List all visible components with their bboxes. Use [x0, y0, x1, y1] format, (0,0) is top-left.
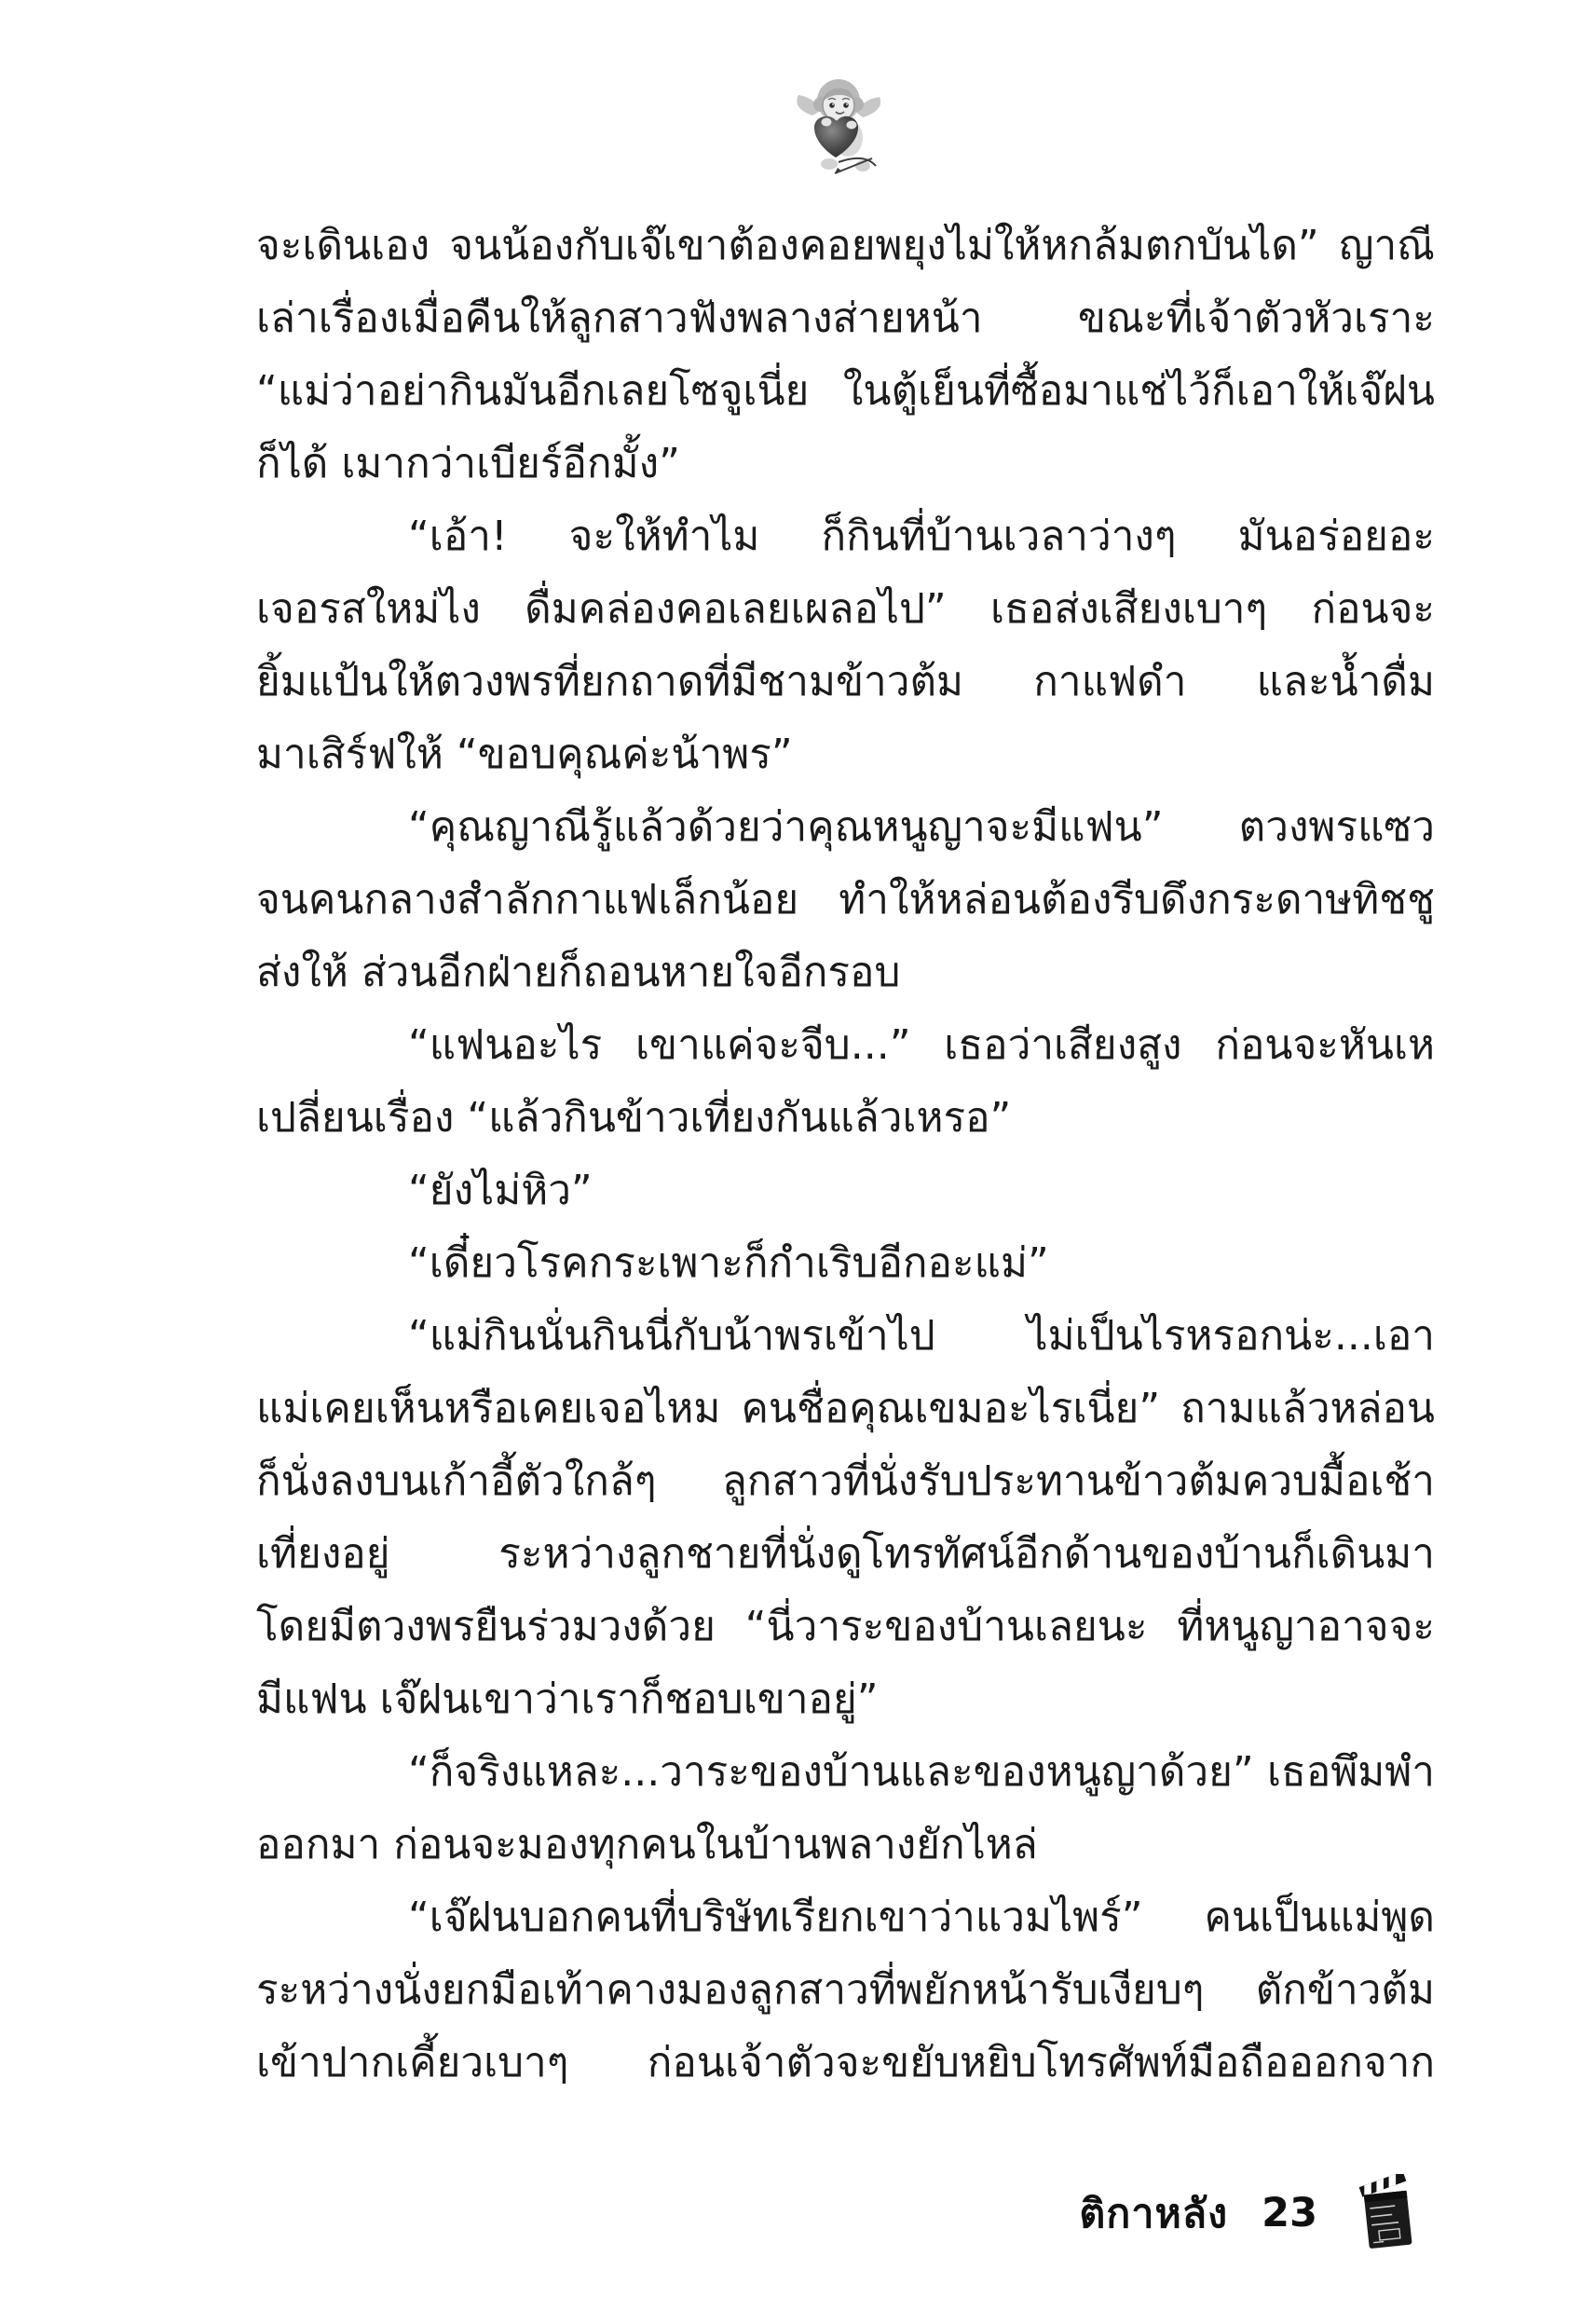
- text-line: ก็นั่งลงบนเก้าอี้ตัวใกล้ๆ ลูกสาวที่นั่งร…: [256, 1445, 1435, 1518]
- text-line: เที่ยงอยู่ ระหว่างลูกชายที่นั่งดูโทรทัศน…: [256, 1518, 1435, 1591]
- text-line: “ก็จริงแหละ...วาระของบ้านและของหนูญาด้วย…: [256, 1736, 1435, 1809]
- book-title: ติกาหลัง: [1079, 2181, 1228, 2245]
- text-column: จะเดินเอง จนน้องกับเจ๊เขาต้องคอยพยุงไม่ใ…: [256, 210, 1435, 2099]
- text-line: “คุณญาณีรู้แล้วด้วยว่าคุณหนูญาจะมีแฟน” ต…: [256, 791, 1435, 864]
- text-line: โดยมีตวงพรยืนร่วมวงด้วย “นี่วาระของบ้านเ…: [256, 1591, 1435, 1663]
- book-page: { "page": { "colors": { "background": "#…: [0, 0, 1596, 2311]
- text-line: “ยังไม่หิว”: [256, 1155, 1435, 1227]
- text-line: เจอรสใหม่ไง ดื่มคล่องคอเลยเผลอไป” เธอส่ง…: [256, 573, 1435, 646]
- page-footer: ติกาหลัง 23: [0, 2171, 1416, 2255]
- text-line: เล่าเรื่องเมื่อคืนให้ลูกสาวฟังพลางส่ายหน…: [256, 282, 1435, 355]
- text-line: “เดี๋ยวโรคกระเพาะก็กำเริบอีกอะแม่”: [256, 1227, 1435, 1300]
- text-line: “แฟนอะไร เขาแค่จะจีบ...” เธอว่าเสียงสูง …: [256, 1009, 1435, 1082]
- text-line: “เอ้า! จะให้ทำไม ก็กินที่บ้านเวลาว่างๆ ม…: [256, 500, 1435, 573]
- text-line: ก็ได้ เมากว่าเบียร์อีกมั้ง”: [256, 428, 1435, 500]
- text-line: มีแฟน เจ๊ฝนเขาว่าเราก็ชอบเขาอยู่”: [256, 1663, 1435, 1736]
- text-line: ระหว่างนั่งยกมือเท้าคางมองลูกสาวที่พยักห…: [256, 1954, 1435, 2027]
- text-line: ออกมา ก่อนจะมองทุกคนในบ้านพลางยักไหล่: [256, 1809, 1435, 1881]
- clapperboard-icon: [1358, 2174, 1416, 2252]
- text-line: เปลี่ยนเรื่อง “แล้วกินข้าวเที่ยงกันแล้วเ…: [256, 1082, 1435, 1155]
- text-line: เข้าปากเคี้ยวเบาๆ ก่อนเจ้าตัวจะขยับหยิบโ…: [256, 2027, 1435, 2099]
- text-line: “แม่ว่าอย่ากินมันอีกเลยโซจูเนี่ย ในตู้เย…: [256, 355, 1435, 428]
- text-line: ยิ้มแป้นให้ตวงพรที่ยกถาดที่มีชามข้าวต้ม …: [256, 646, 1435, 718]
- text-line: แม่เคยเห็นหรือเคยเจอไหม คนชื่อคุณเขมอะไร…: [256, 1373, 1435, 1445]
- text-line: จะเดินเอง จนน้องกับเจ๊เขาต้องคอยพยุงไม่ใ…: [256, 210, 1435, 282]
- page-number: 23: [1262, 2190, 1317, 2236]
- cupid-heart-icon: [790, 76, 889, 181]
- text-line: “แม่กินนั่นกินนี่กับน้าพรเข้าไป ไม่เป็นไ…: [256, 1300, 1435, 1373]
- text-line: จนคนกลางสำลักกาแฟเล็กน้อย ทำให้หล่อนต้อง…: [256, 864, 1435, 937]
- text-line: มาเสิร์ฟให้ “ขอบคุณค่ะน้าพร”: [256, 718, 1435, 791]
- text-line: ส่งให้ ส่วนอีกฝ่ายก็ถอนหายใจอีกรอบ: [256, 937, 1435, 1009]
- text-line: “เจ๊ฝนบอกคนที่บริษัทเรียกเขาว่าแวมไพร์” …: [256, 1881, 1435, 1954]
